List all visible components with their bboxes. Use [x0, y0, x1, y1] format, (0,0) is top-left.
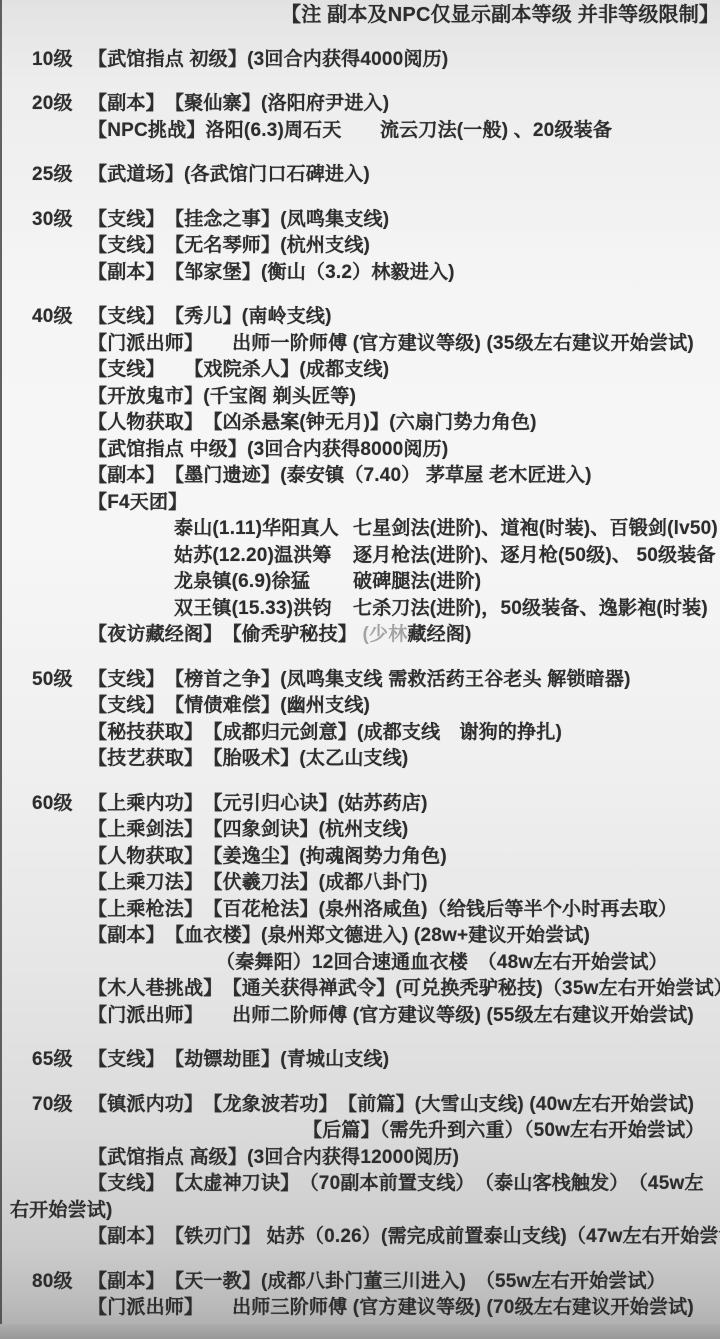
level-rows: 【副本】 【聚仙寨】(洛阳府尹进入)【NPC挑战】洛阳(6.3)周石天 流云刀法… [88, 91, 720, 144]
level-label: 20级 [32, 91, 88, 144]
guide-row: 【夜访藏经阁】 【偷秃驴秘技】 (少林藏经阁) [88, 622, 720, 649]
guide-row: 【开放鬼市】(千宝阁 剃头匠等) [88, 384, 720, 411]
level-section-60级: 60级【上乘内功】 【元引归心诀】(姑苏药店)【上乘剑法】 【四象剑诀】(杭州支… [0, 791, 720, 1030]
f4-npc-rewards: 破碑腿法(进阶) [353, 569, 481, 596]
f4-npc-rewards: 逐月枪法(进阶)、逐月枪(50级)、 50级装备 [353, 543, 716, 570]
guide-row: 【上乘刀法】 【伏羲刀法】(成都八卦门) [88, 870, 720, 897]
level-section-20级: 20级【副本】 【聚仙寨】(洛阳府尹进入)【NPC挑战】洛阳(6.3)周石天 流… [0, 91, 720, 144]
f4-npc-location: 龙泉镇(6.9)徐猛 [174, 569, 353, 596]
guide-row: 【支线】 【情债难偿】(幽州支线) [88, 693, 720, 720]
guide-row: 【副本】 【血衣楼】(泉州郑文德进入) (28w+建议开始尝试) [88, 923, 720, 950]
guide-row: 【F4天团】 [88, 490, 720, 517]
level-rows: 【支线】 【挂念之事】(凤鸣集支线)【支线】 【无名琴师】(杭州支线)【副本】 … [88, 207, 720, 287]
guide-row: 【秘技获取】 【成都归元剑意】(成都支线 谢狗的挣扎) [88, 720, 720, 747]
level-section-65级: 65级【支线】 【劫镖劫匪】(青城山支线) [0, 1047, 720, 1074]
level-section-10级: 10级【武馆指点 初级】(3回合内获得4000阅历) [0, 47, 720, 74]
guide-row: 【木人巷挑战】 【通关获得禅武令】(可兑换秃驴秘技)（35w左右开始尝试） [88, 976, 720, 1003]
guide-row: 【副本】 【聚仙寨】(洛阳府尹进入) [88, 91, 720, 118]
level-section-25级: 25级【武道场】(各武馆门口石碑进入) [0, 162, 720, 189]
guide-row: 【支线】 【秀儿】(南岭支线) [88, 304, 720, 331]
level-rows: 【武道场】(各武馆门口石碑进入) [88, 162, 720, 189]
level-rows: 【支线】 【劫镖劫匪】(青城山支线) [88, 1047, 720, 1074]
guide-row: 【副本】 【邹家堡】(衡山（3.2）林毅进入) [88, 260, 720, 287]
guide-row: 【人物获取】 【凶杀悬案(钟无月)】(六扇门势力角色) [88, 410, 720, 437]
f4-npc-location: 双王镇(15.33)洪钧 [174, 596, 353, 623]
f4-member-row: 双王镇(15.33)洪钧七杀刀法(进阶)，50级装备、逸影袍(时装) [88, 596, 720, 623]
guide-row: 【上乘内功】 【元引归心诀】(姑苏药店) [88, 791, 720, 818]
level-section-70级: 70级【镇派内功】 【龙象波若功】 【前篇】(大雪山支线) (40w左右开始尝试… [0, 1092, 720, 1251]
guide-row: 【门派出师】 出师二阶师傅 (官方建议等级) (55级左右建议开始尝试) [88, 1003, 720, 1030]
guide-row: 【人物获取】 【姜逸尘】(拘魂阁势力角色) [88, 844, 720, 871]
level-rows: 【支线】 【榜首之争】(凤鸣集支线 需救活药王谷老头 解锁暗器)【支线】 【情债… [88, 667, 720, 773]
bottom-bar [0, 1324, 720, 1339]
level-label: 25级 [32, 162, 88, 189]
guide-row: 【副本】 【天一教】(成都八卦门董三川进入) （55w左右开始尝试） [88, 1269, 720, 1296]
level-rows: 【镇派内功】 【龙象波若功】 【前篇】(大雪山支线) (40w左右开始尝试)【后… [88, 1092, 720, 1251]
guide-row: 【武馆指点 高级】(3回合内获得12000阅历) [88, 1145, 720, 1172]
f4-npc-rewards: 七星剑法(进阶)、道袍(时装)、百锻剑(lv50) [353, 516, 718, 543]
level-section-40级: 40级【支线】 【秀儿】(南岭支线)【门派出师】 出师一阶师傅 (官方建议等级)… [0, 304, 720, 649]
f4-npc-location: 泰山(1.11)华阳真人 [174, 516, 353, 543]
guide-row: 【武馆指点 中级】(3回合内获得8000阅历) [88, 437, 720, 464]
f4-member-row: 龙泉镇(6.9)徐猛破碑腿法(进阶) [88, 569, 720, 596]
guide-document: 【注 副本及NPC仅显示副本等级 并非等级限制】 10级【武馆指点 初级】(3回… [0, 0, 720, 1339]
f4-npc-rewards: 七杀刀法(进阶)，50级装备、逸影袍(时装) [353, 596, 708, 623]
sections-container: 10级【武馆指点 初级】(3回合内获得4000阅历)20级【副本】 【聚仙寨】(… [0, 47, 720, 1322]
guide-row: 【后篇】（需先升到六重）（50w左右开始尝试） [88, 1118, 720, 1145]
level-rows: 【副本】 【天一教】(成都八卦门董三川进入) （55w左右开始尝试）【门派出师】… [88, 1269, 720, 1322]
level-label: 50级 [32, 667, 88, 773]
guide-row: 【上乘剑法】 【四象剑诀】(杭州支线) [88, 817, 720, 844]
guide-row: 【门派出师】 出师一阶师傅 (官方建议等级) (35级左右建议开始尝试) [88, 331, 720, 358]
level-label: 80级 [32, 1269, 88, 1322]
guide-row: 【支线】 【太虚神刀诀】 （70副本前置支线） （泰山客栈触发） （45w左右开… [10, 1171, 710, 1224]
guide-row: 【门派出师】 出师三阶师傅 (官方建议等级) (70级左右建议开始尝试) [88, 1295, 720, 1322]
row-text: 【夜访藏经阁】 【偷秃驴秘技】 [88, 624, 362, 645]
guide-row: 【副本】 【墨门遗迹】(泰安镇（7.40） 茅草屋 老木匠进入) [88, 463, 720, 490]
row-text: 藏经阁) [407, 624, 471, 645]
level-label: 65级 [32, 1047, 88, 1074]
guide-row: 【武道场】(各武馆门口石碑进入) [88, 162, 720, 189]
guide-row: 【支线】 【挂念之事】(凤鸣集支线) [88, 207, 720, 234]
level-section-50级: 50级【支线】 【榜首之争】(凤鸣集支线 需救活药王谷老头 解锁暗器)【支线】 … [0, 667, 720, 773]
guide-row: 【支线】 【榜首之争】(凤鸣集支线 需救活药王谷老头 解锁暗器) [88, 667, 720, 694]
row-text-faded: (少林 [362, 624, 407, 645]
guide-row: 【支线】 【戏院杀人】(成都支线) [88, 357, 720, 384]
level-label: 30级 [32, 207, 88, 287]
level-section-80级: 80级【副本】 【天一教】(成都八卦门董三川进入) （55w左右开始尝试）【门派… [0, 1269, 720, 1322]
guide-row: 【上乘枪法】 【百花枪法】(泉州洛咸鱼)（给钱后等半个小时再去取） [88, 897, 720, 924]
f4-member-row: 泰山(1.11)华阳真人七星剑法(进阶)、道袍(时装)、百锻剑(lv50) [88, 516, 720, 543]
guide-row: 【技艺获取】 【胎吸术】(太乙山支线) [88, 746, 720, 773]
f4-member-row: 姑苏(12.20)温洪筹逐月枪法(进阶)、逐月枪(50级)、 50级装备 [88, 543, 720, 570]
level-rows: 【支线】 【秀儿】(南岭支线)【门派出师】 出师一阶师傅 (官方建议等级) (3… [88, 304, 720, 649]
guide-row: 【NPC挑战】洛阳(6.3)周石天 流云刀法(一般) 、20级装备 [88, 118, 720, 145]
guide-row: 【支线】 【无名琴师】(杭州支线) [88, 233, 720, 260]
guide-content: 【注 副本及NPC仅显示副本等级 并非等级限制】 10级【武馆指点 初级】(3回… [0, 0, 720, 1322]
level-section-30级: 30级【支线】 【挂念之事】(凤鸣集支线)【支线】 【无名琴师】(杭州支线)【副… [0, 207, 720, 287]
guide-row: 【支线】 【劫镖劫匪】(青城山支线) [88, 1047, 720, 1074]
guide-row: （秦舞阳）12回合速通血衣楼 （48w左右开始尝试） [88, 950, 720, 977]
level-rows: 【上乘内功】 【元引归心诀】(姑苏药店)【上乘剑法】 【四象剑诀】(杭州支线)【… [88, 791, 720, 1030]
level-label: 40级 [32, 304, 88, 649]
guide-row: 【镇派内功】 【龙象波若功】 【前篇】(大雪山支线) (40w左右开始尝试) [88, 1092, 720, 1119]
note-header: 【注 副本及NPC仅显示副本等级 并非等级限制】 [281, 2, 720, 29]
level-label: 10级 [32, 47, 88, 74]
f4-npc-location: 姑苏(12.20)温洪筹 [174, 543, 353, 570]
level-label: 60级 [32, 791, 88, 1030]
guide-row: 【副本】 【铁刃门】 姑苏（0.26）(需完成前置泰山支线)（47w左右开始尝试… [88, 1224, 720, 1251]
guide-row: 【武馆指点 初级】(3回合内获得4000阅历) [88, 47, 720, 74]
level-rows: 【武馆指点 初级】(3回合内获得4000阅历) [88, 47, 720, 74]
